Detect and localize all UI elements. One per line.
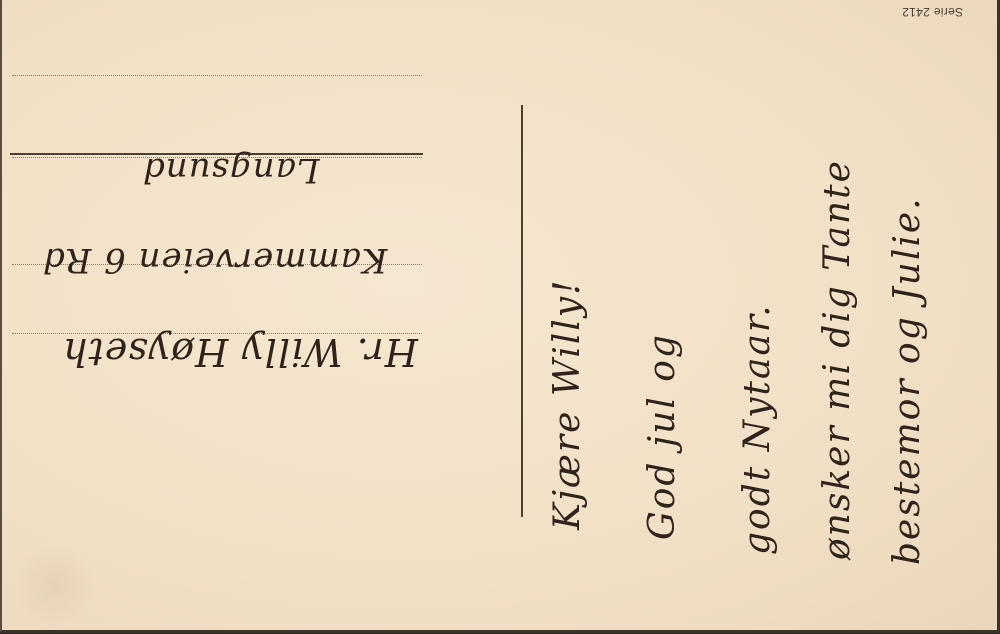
- address-street: Kammerveien 6 Rd: [42, 240, 387, 280]
- message-line: ønsker mi dig Tante: [817, 159, 858, 560]
- address-city: Langsund: [142, 150, 320, 190]
- postcard-divider: [521, 105, 523, 517]
- message-line: God jul og: [642, 333, 683, 540]
- message-line: godt Nytaar.: [737, 303, 778, 555]
- postcard-back: Serie 2412 Hr. Willy Høyseth Kammerveien…: [0, 0, 1000, 633]
- address-line-dotted: [12, 75, 422, 76]
- paper-stain: [10, 545, 100, 625]
- series-label: Serie 2412: [902, 5, 963, 19]
- message-greeting: Kjære Willy!: [547, 278, 588, 530]
- address-recipient: Hr. Willy Høyseth: [62, 330, 418, 374]
- message-signature: bestemor og Julie.: [887, 196, 928, 565]
